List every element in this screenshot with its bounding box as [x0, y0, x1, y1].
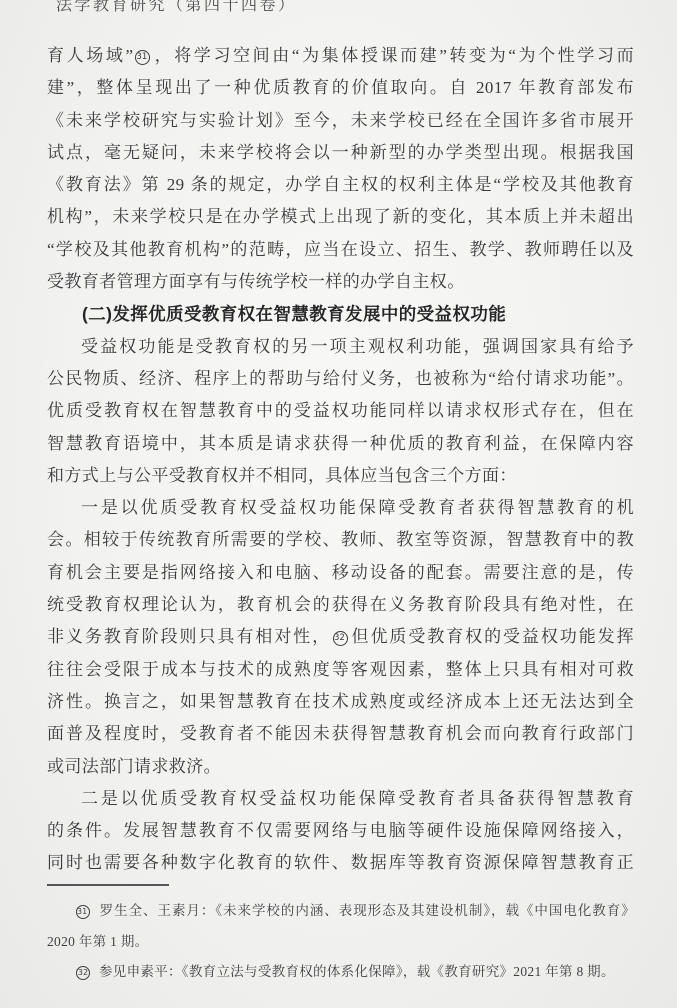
body-line: 育人场域”31，将学习空间由“为集体授课而建”转变为“为个性学习而	[47, 40, 634, 72]
footnote-item: 32参见申素平：《教育立法与受教育权的体系化保障》，载《教育研究》2021 年第…	[47, 957, 635, 988]
body-line: 公民物质、经济、程序上的帮助与给付义务，也被称为“给付请求功能”。	[47, 363, 634, 395]
footnote-separator	[47, 884, 169, 886]
footnote-marker-32-icon: 32	[76, 966, 90, 980]
body-line: 建”，整体呈现出了一种优质教育的价值取向。自 2017 年教育部发布	[47, 72, 634, 104]
section-heading: (二)发挥优质受教育权在智慧教育发展中的受益权功能	[47, 298, 634, 330]
body-line: 《未来学校研究与实验计划》至今，未来学校已经在全国许多省市展开	[47, 105, 634, 137]
body-line: 优质受教育权在智慧教育中的受益权功能同样以请求权形式存在，但在	[47, 395, 634, 427]
body-line: 面普及程度时，受教育者不能因未获得智慧教育机会而向教育行政部门	[47, 718, 634, 750]
footnotes-section: 31罗生全、王素月：《未来学校的内涵、表现形态及其建设机制》，载《中国电化教育》…	[47, 884, 635, 988]
body-line: 一是以优质受教育权受益权功能保障受教育者获得智慧教育的机	[47, 492, 634, 524]
body-line-text: 非义务教育阶段则只具有相对性，	[47, 627, 331, 646]
footnote-text: 罗生全、王素月：《未来学校的内涵、表现形态及其建设机制》，载《中国电化教育》	[99, 903, 635, 918]
body-line: 机构”，未来学校只是在办学模式上出现了新的变化，其本质上并未超出	[47, 201, 634, 233]
body-line: 和方式上与公平受教育权并不相同，具体应当包含三个方面：	[47, 460, 634, 492]
body-line-text: 育人场域”	[47, 46, 133, 65]
footnote-item: 31罗生全、王素月：《未来学校的内涵、表现形态及其建设机制》，载《中国电化教育》	[47, 896, 635, 927]
body-line: 非义务教育阶段则只具有相对性，32但优质受教育权的受益权功能发挥	[47, 621, 634, 653]
body-line: 往往会受限于成本与技术的成熟度等客观因素，整体上只具有相对可救	[47, 654, 634, 686]
body-line: 或司法部门请求救济。	[47, 751, 634, 783]
body-line: 济性。换言之，如果智慧教育在技术成熟度或经济成本上还无法达到全	[47, 686, 634, 718]
body-line: 受教育者管理方面享有与传统学校一样的办学自主权。	[47, 266, 634, 298]
body-line: 二是以优质受教育权受益权功能保障受教育者具备获得智慧教育	[47, 783, 634, 815]
article-body: 育人场域”31，将学习空间由“为集体授课而建”转变为“为个性学习而 建”，整体呈…	[47, 40, 634, 880]
footnote-ref-32-icon: 32	[333, 631, 348, 646]
scanned-book-page: { "header": { "title": "法学教育研究（第四十四卷）" }…	[0, 0, 677, 1008]
body-line-text: ，将学习空间由“为集体授课而建”转变为“为个性学习而	[152, 46, 634, 65]
footnote-item-continuation: 2020 年第 1 期。	[47, 927, 635, 958]
footnote-text: 参见申素平：《教育立法与受教育权的体系化保障》，载《教育研究》2021 年第 8…	[99, 964, 615, 979]
body-line: 智慧教育语境中，其本质是请求获得一种优质的教育利益，在保障内容	[47, 428, 634, 460]
body-line: 《教育法》第 29 条的规定，办学自主权的权利主体是“学校及其他教育	[47, 169, 634, 201]
body-line: 试点，毫无疑问，未来学校将会以一种新型的办学类型出现。根据我国	[47, 137, 634, 169]
body-line: 受益权功能是受教育权的另一项主观权利功能，强调国家具有给予	[47, 331, 634, 363]
body-line: 同时也需要各种数字化教育的软件、数据库等教育资源保障智慧教育正	[47, 847, 634, 879]
body-line-text: 但优质受教育权的受益权功能发挥	[350, 627, 634, 646]
body-line: “学校及其他教育机构”的范畴，应当在设立、招生、教学、教师聘任以及	[47, 234, 634, 266]
running-header: 法学教育研究（第四十四卷）	[56, 0, 297, 15]
footnote-ref-31-icon: 31	[135, 50, 150, 65]
body-line: 会。相较于传统教育所需要的学校、教师、教室等资源，智慧教育中的教	[47, 524, 634, 556]
footnote-marker-31-icon: 31	[76, 905, 90, 919]
body-line: 统受教育权理论认为，教育机会的获得在义务教育阶段具有绝对性，在	[47, 589, 634, 621]
body-line: 育机会主要是指网络接入和电脑、移动设备的配套。需要注意的是，传	[47, 557, 634, 589]
body-line: 的条件。发展智慧教育不仅需要网络与电脑等硬件设施保障网络接入，	[47, 815, 634, 847]
